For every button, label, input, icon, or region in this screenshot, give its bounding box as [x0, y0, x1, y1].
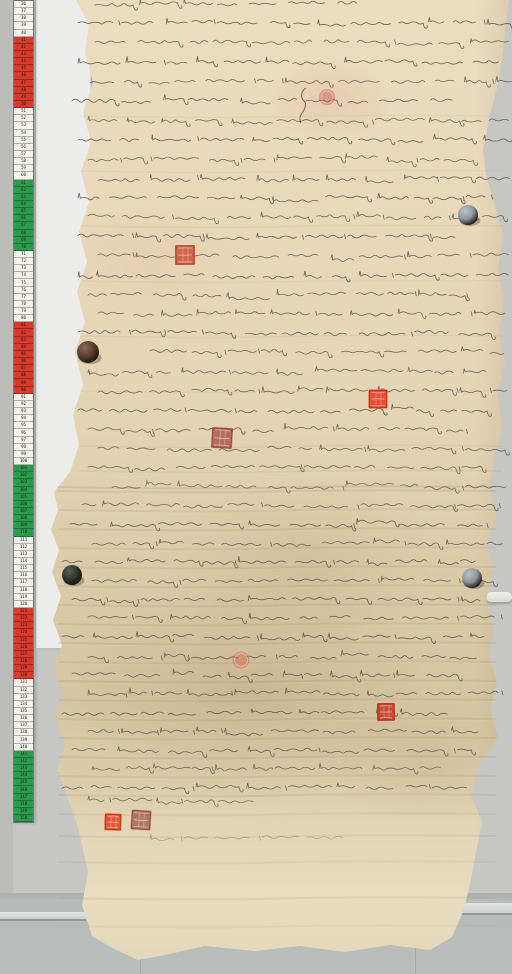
- ruler-cell: 41: [14, 37, 33, 44]
- ruler-cell: 63: [14, 194, 33, 201]
- ruler-cell: 135: [14, 708, 33, 715]
- ruler-cell: 45: [14, 65, 33, 72]
- ruler-cell: 48: [14, 87, 33, 94]
- ruler-cell: 36: [14, 1, 33, 8]
- ruler-cell: 80: [14, 315, 33, 322]
- ruler-cell: 96: [14, 429, 33, 436]
- ruler-cell: 128: [14, 658, 33, 665]
- ruler-cell: 46: [14, 72, 33, 79]
- ruler-cell: 38: [14, 15, 33, 22]
- ruler-cell: 116: [14, 572, 33, 579]
- ruler-cell: 115: [14, 565, 33, 572]
- ruler-cell: 133: [14, 694, 33, 701]
- ruler-cell: 121: [14, 608, 33, 615]
- ruler-cell: 107: [14, 508, 33, 515]
- ruler-cell: 110: [14, 529, 33, 536]
- ruler-cell: 58: [14, 158, 33, 165]
- ruler-cell: 61: [14, 180, 33, 187]
- ruler-cell: 68: [14, 230, 33, 237]
- ruler-cell: 88: [14, 372, 33, 379]
- ruler-cell: 92: [14, 401, 33, 408]
- ruler-cell: 49: [14, 94, 33, 101]
- ruler-cell: 87: [14, 365, 33, 372]
- ruler-cell: 131: [14, 679, 33, 686]
- page: { "scene": { "description": "Photograph …: [0, 0, 512, 974]
- ruler-cell: 69: [14, 237, 33, 244]
- ruler-cell: 93: [14, 408, 33, 415]
- ruler-cell: 140: [14, 744, 33, 751]
- ruler-cell: 42: [14, 44, 33, 51]
- ruler-cell: 130: [14, 672, 33, 679]
- ruler-cell: 126: [14, 644, 33, 651]
- ruler-cell: 117: [14, 579, 33, 586]
- ruler-cell: 148: [14, 801, 33, 808]
- ruler-cell: 47: [14, 80, 33, 87]
- ruler-cell: 114: [14, 558, 33, 565]
- ruler-cell: 54: [14, 130, 33, 137]
- ruler-cell: 118: [14, 587, 33, 594]
- ruler-cell: 64: [14, 201, 33, 208]
- ruler-cell: 125: [14, 637, 33, 644]
- ruler-cell: 124: [14, 629, 33, 636]
- ruler-cell: 72: [14, 258, 33, 265]
- ruler-cell: 84: [14, 344, 33, 351]
- white-stick: [486, 592, 512, 602]
- ruler-cell: 129: [14, 665, 33, 672]
- ruler-cell: 143: [14, 765, 33, 772]
- ruler-cell: 90: [14, 387, 33, 394]
- scene-caption: Photograph of a long handwritten manuscr…: [0, 0, 1, 1]
- ruler-cell: 146: [14, 786, 33, 793]
- ruler-cell: 74: [14, 272, 33, 279]
- ruler-cell: 40: [14, 30, 33, 37]
- ruler-cell: 111: [14, 537, 33, 544]
- ruler-cell: 132: [14, 687, 33, 694]
- ruler-cell: 70: [14, 244, 33, 251]
- ruler-cell: 138: [14, 729, 33, 736]
- ruler-cell: 149: [14, 808, 33, 815]
- ruler-cell: 78: [14, 301, 33, 308]
- ruler-cell: 62: [14, 187, 33, 194]
- ruler-cell: 122: [14, 615, 33, 622]
- ruler-cell: 77: [14, 294, 33, 301]
- ruler-cell: 81: [14, 322, 33, 329]
- ruler-cell: 53: [14, 122, 33, 129]
- ruler-cell: 85: [14, 351, 33, 358]
- ruler-cell: 59: [14, 165, 33, 172]
- ruler-cell: 51: [14, 108, 33, 115]
- ruler-cell: 73: [14, 265, 33, 272]
- ruler-cell: 66: [14, 215, 33, 222]
- ruler-cell: 105: [14, 494, 33, 501]
- ruler-cell: 123: [14, 622, 33, 629]
- ruler-cell: 139: [14, 736, 33, 743]
- ruler-cell: 60: [14, 172, 33, 179]
- ruler-cell: 89: [14, 379, 33, 386]
- ruler-cell: 141: [14, 751, 33, 758]
- ruler-cell: 52: [14, 115, 33, 122]
- ruler-cell: 55: [14, 137, 33, 144]
- ruler-cell: 97: [14, 437, 33, 444]
- ruler-cell: 82: [14, 329, 33, 336]
- ruler-cell: 50: [14, 101, 33, 108]
- ruler-cell: 94: [14, 415, 33, 422]
- ruler-cell: 86: [14, 358, 33, 365]
- ruler-cell: 65: [14, 208, 33, 215]
- ruler-cell: 83: [14, 337, 33, 344]
- ruler-cell: 102: [14, 472, 33, 479]
- ruler-cell: 147: [14, 794, 33, 801]
- ruler-cell: 79: [14, 308, 33, 315]
- ruler-cell: 119: [14, 594, 33, 601]
- ruler-cell: 136: [14, 715, 33, 722]
- ruler-cell: 113: [14, 551, 33, 558]
- ruler-cell: 95: [14, 422, 33, 429]
- ruler-cell: 100: [14, 458, 33, 465]
- ruler-cell: 101: [14, 465, 33, 472]
- ruler-cell: 112: [14, 544, 33, 551]
- ruler-cell: 67: [14, 222, 33, 229]
- ruler-cell: 134: [14, 701, 33, 708]
- ruler-cell: 43: [14, 51, 33, 58]
- ruler-cell: 56: [14, 144, 33, 151]
- ruler-cell: 37: [14, 8, 33, 15]
- ruler-cell: 75: [14, 279, 33, 286]
- ruler-cell: 120: [14, 601, 33, 608]
- ruler-cell: 150: [14, 815, 33, 822]
- ruler-cell: 91: [14, 394, 33, 401]
- ruler-cell: 104: [14, 487, 33, 494]
- ruler-cell: 39: [14, 22, 33, 29]
- ruler-cell: 76: [14, 287, 33, 294]
- ruler-cell: 137: [14, 722, 33, 729]
- ruler: 3637383940414243444546474849505152535455…: [13, 0, 34, 823]
- ruler-cell: 44: [14, 58, 33, 65]
- ruler-cell: 144: [14, 772, 33, 779]
- ruler-cell: 145: [14, 779, 33, 786]
- ruler-cell: 142: [14, 758, 33, 765]
- ruler-cell: 98: [14, 444, 33, 451]
- ruler-cell: 57: [14, 151, 33, 158]
- ruler-cell: 127: [14, 651, 33, 658]
- ruler-cell: 106: [14, 501, 33, 508]
- ruler-cell: 99: [14, 451, 33, 458]
- ruler-cell: 108: [14, 515, 33, 522]
- ruler-cell: 109: [14, 522, 33, 529]
- ruler-cell: 71: [14, 251, 33, 258]
- rail-left: [0, 912, 86, 921]
- ruler-cell: 103: [14, 479, 33, 486]
